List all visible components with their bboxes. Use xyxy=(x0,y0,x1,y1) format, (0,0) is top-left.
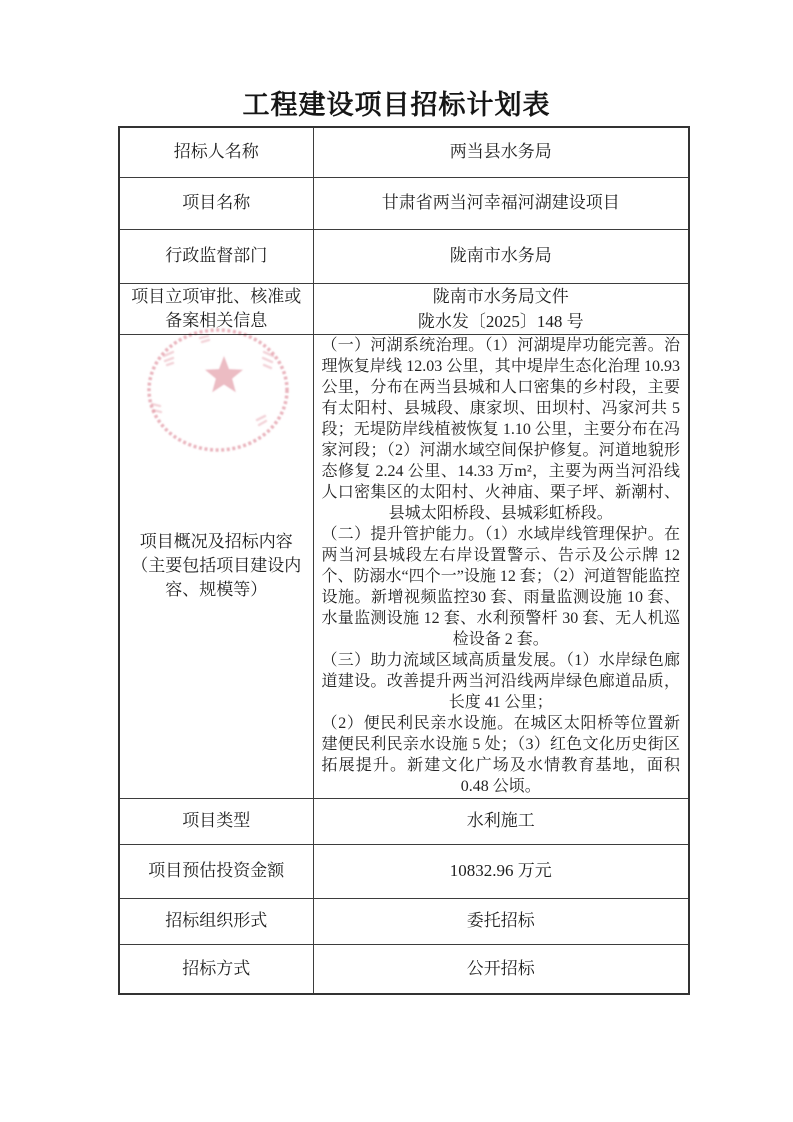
project-overview-value: （一）河湖系统治理。（1）河湖堤岸功能完善。治理恢复岸线 12.03 公里，其中… xyxy=(313,334,689,798)
project-overview-label: 项目概况及招标内容（主要包括项目建设内容、规模等） xyxy=(119,334,313,798)
organization-form-label: 招标组织形式 xyxy=(119,898,313,944)
project-type-label: 项目类型 xyxy=(119,798,313,844)
overview-paragraph-2: （二）提升管护能力。（1）水域岸线管理保护。在两当河县城段左右岸设置警示、告示及… xyxy=(322,524,681,650)
supervisory-department-value: 陇南市水务局 xyxy=(313,229,689,283)
row-tenderer-name: 招标人名称 两当县水务局 xyxy=(119,127,689,177)
organization-form-value: 委托招标 xyxy=(313,898,689,944)
row-approval-info: 项目立项审批、核准或备案相关信息 陇南市水务局文件 陇水发〔2025〕148 号 xyxy=(119,283,689,334)
row-supervisory-department: 行政监督部门 陇南市水务局 xyxy=(119,229,689,283)
estimated-investment-value: 10832.96 万元 xyxy=(313,844,689,898)
project-type-value: 水利施工 xyxy=(313,798,689,844)
overview-paragraph-4: （2）便民利民亲水设施。在城区太阳桥等位置新建便民利民亲水设施 5 处；（3）红… xyxy=(322,713,681,797)
bidding-plan-table: 招标人名称 两当县水务局 项目名称 甘肃省两当河幸福河湖建设项目 行政监督部门 … xyxy=(118,126,690,995)
approval-doc-source: 陇南市水务局文件 xyxy=(322,284,681,309)
page-title: 工程建设项目招标计划表 xyxy=(0,83,793,122)
supervisory-department-label: 行政监督部门 xyxy=(119,229,313,283)
overview-paragraph-3: （三）助力流域区域高质量发展。（1）水岸绿色廊道建设。改善提升两当河沿线两岸绿色… xyxy=(322,650,681,713)
project-name-value: 甘肃省两当河幸福河湖建设项目 xyxy=(313,177,689,229)
row-bidding-method: 招标方式 公开招标 xyxy=(119,944,689,994)
approval-info-label: 项目立项审批、核准或备案相关信息 xyxy=(119,283,313,334)
row-organization-form: 招标组织形式 委托招标 xyxy=(119,898,689,944)
approval-info-value: 陇南市水务局文件 陇水发〔2025〕148 号 xyxy=(313,283,689,334)
row-project-type: 项目类型 水利施工 xyxy=(119,798,689,844)
bidding-method-value: 公开招标 xyxy=(313,944,689,994)
row-estimated-investment: 项目预估投资金额 10832.96 万元 xyxy=(119,844,689,898)
row-project-name: 项目名称 甘肃省两当河幸福河湖建设项目 xyxy=(119,177,689,229)
tenderer-name-label: 招标人名称 xyxy=(119,127,313,177)
row-project-overview: 项目概况及招标内容（主要包括项目建设内容、规模等） （一）河湖系统治理。（1）河… xyxy=(119,334,689,798)
approval-doc-number: 陇水发〔2025〕148 号 xyxy=(322,309,681,334)
overview-paragraph-1: （一）河湖系统治理。（1）河湖堤岸功能完善。治理恢复岸线 12.03 公里，其中… xyxy=(322,335,681,524)
project-name-label: 项目名称 xyxy=(119,177,313,229)
estimated-investment-label: 项目预估投资金额 xyxy=(119,844,313,898)
bidding-method-label: 招标方式 xyxy=(119,944,313,994)
tenderer-name-value: 两当县水务局 xyxy=(313,127,689,177)
